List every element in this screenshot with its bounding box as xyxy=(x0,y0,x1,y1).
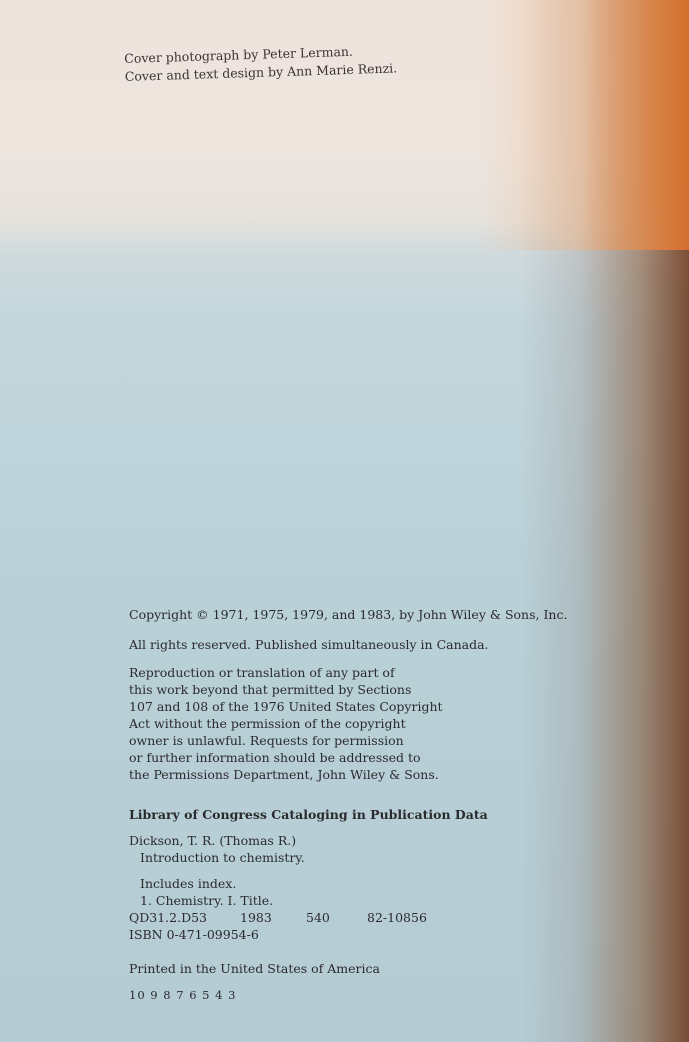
copyright-notice: Copyright © 1971, 1975, 1979, and 1983, … xyxy=(129,606,567,623)
cataloging-subjects: 1. Chemistry. I. Title. xyxy=(140,892,273,909)
reproduction-line: owner is unlawful. Requests for permissi… xyxy=(129,732,443,749)
cataloging-call-line: QD31.2.D53198354082-10856 xyxy=(129,909,427,926)
cataloging-index-note: Includes index. xyxy=(140,875,236,892)
lighting-overlay xyxy=(0,0,689,250)
reproduction-line: this work beyond that permitted by Secti… xyxy=(129,681,443,698)
catalog-year: 1983 xyxy=(240,909,306,926)
reproduction-line: or further information should be address… xyxy=(129,749,443,766)
cataloging-heading: Library of Congress Cataloging in Public… xyxy=(129,806,488,823)
reproduction-line: Act without the permission of the copyri… xyxy=(129,715,443,732)
cataloging-title: Introduction to chemistry. xyxy=(140,849,305,866)
reproduction-notice: Reproduction or translation of any part … xyxy=(129,664,443,783)
print-line: 10 9 8 7 6 5 4 3 xyxy=(129,987,236,1004)
rights-statement: All rights reserved. Published simultane… xyxy=(129,636,489,653)
copyright-page: Cover photograph by Peter Lerman. Cover … xyxy=(0,0,689,1042)
reproduction-line: the Permissions Department, John Wiley &… xyxy=(129,766,443,783)
reproduction-line: Reproduction or translation of any part … xyxy=(129,664,443,681)
cataloging-author: Dickson, T. R. (Thomas R.) xyxy=(129,832,296,849)
lccn: 82-10856 xyxy=(367,909,427,926)
reproduction-line: 107 and 108 of the 1976 United States Co… xyxy=(129,698,443,715)
call-number: QD31.2.D53 xyxy=(129,909,240,926)
cover-credits: Cover photograph by Peter Lerman. Cover … xyxy=(124,41,397,86)
printed-in: Printed in the United States of America xyxy=(129,960,380,977)
dewey-number: 540 xyxy=(306,909,367,926)
isbn: ISBN 0-471-09954-6 xyxy=(129,926,259,943)
